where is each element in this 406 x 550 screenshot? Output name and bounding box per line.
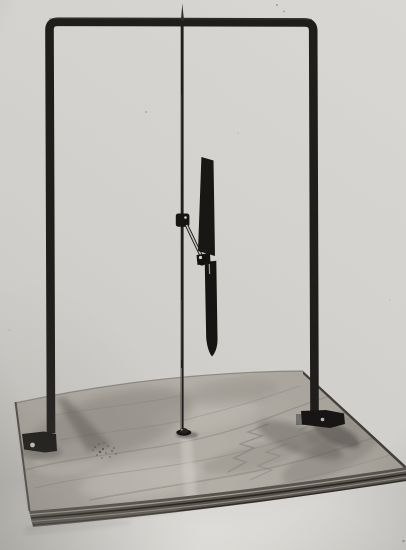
photo-canvas (0, 0, 406, 550)
corner-shade (0, 0, 406, 550)
apparatus-photo (0, 0, 406, 550)
